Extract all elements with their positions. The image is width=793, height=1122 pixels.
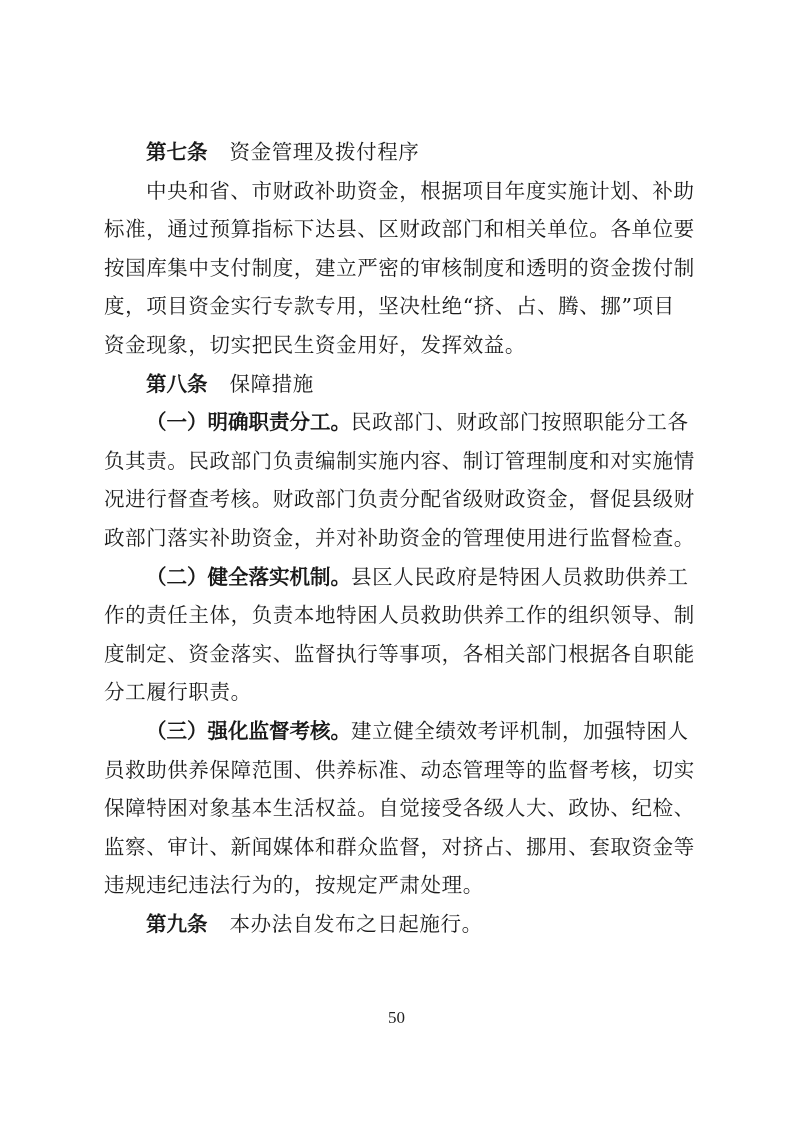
item-1-lead: （一）明确职责分工。 (146, 410, 351, 434)
item-2-lead: （二）健全落实机制。 (146, 565, 351, 589)
item-1-line: 政部门落实补助资金，并对补助资金的管理使用进行监督检查。 (104, 519, 694, 558)
article-7-line: 资金现象，切实把民生资金用好，发挥效益。 (104, 326, 694, 365)
article-7-number: 第七条 (146, 140, 208, 164)
item-2-line: 作的责任主体，负责本地特困人员救助供养工作的组织领导、制 (104, 596, 694, 635)
article-9-title: 本办法自发布之日起施行。 (230, 912, 483, 936)
article-7-heading: 第七条资金管理及拨付程序 (104, 133, 694, 172)
article-9-heading: 第九条本办法自发布之日起施行。 (104, 905, 694, 944)
item-2-line: 分工履行职责。 (104, 673, 694, 712)
article-9-number: 第九条 (146, 912, 208, 936)
item-2-first-line: （二）健全落实机制。县区人民政府是特困人员救助供养工 (104, 558, 694, 597)
item-3-text: 建立健全绩效考评机制，加强特困人 (351, 719, 689, 743)
item-3-line: 保障特困对象基本生活权益。自觉接受各级人大、政协、纪检、 (104, 789, 694, 828)
article-8-heading: 第八条保障措施 (104, 365, 694, 404)
page-number: 50 (0, 1008, 793, 1028)
item-3-line: 监察、审计、新闻媒体和群众监督，对挤占、挪用、套取资金等 (104, 828, 694, 867)
article-7-line: 度，项目资金实行专款专用，坚决杜绝“挤、占、腾、挪”项目 (104, 287, 694, 326)
article-8-title: 保障措施 (230, 372, 314, 396)
item-3-first-line: （三）强化监督考核。建立健全绩效考评机制，加强特困人 (104, 712, 694, 751)
article-7-title: 资金管理及拨付程序 (230, 140, 420, 164)
item-2-text: 县区人民政府是特困人员救助供养工 (351, 565, 689, 589)
article-7-line: 按国库集中支付制度，建立严密的审核制度和透明的资金拨付制 (104, 249, 694, 288)
item-3-lead: （三）强化监督考核。 (146, 719, 351, 743)
item-1-first-line: （一）明确职责分工。民政部门、财政部门按照职能分工各 (104, 403, 694, 442)
document-body: 第七条资金管理及拨付程序 中央和省、市财政补助资金，根据项目年度实施计划、补助 … (104, 133, 694, 943)
article-8-number: 第八条 (146, 372, 208, 396)
item-1-line: 况进行督查考核。财政部门负责分配省级财政资金，督促县级财 (104, 480, 694, 519)
item-3-line: 违规违纪违法行为的，按规定严肃处理。 (104, 866, 694, 905)
article-7-line: 中央和省、市财政补助资金，根据项目年度实施计划、补助 (104, 172, 694, 211)
article-7-line: 标准，通过预算指标下达县、区财政部门和相关单位。各单位要 (104, 210, 694, 249)
item-2-line: 度制定、资金落实、监督执行等事项，各相关部门根据各自职能 (104, 635, 694, 674)
item-3-line: 员救助供养保障范围、供养标准、动态管理等的监督考核，切实 (104, 751, 694, 790)
item-1-text: 民政部门、财政部门按照职能分工各 (351, 410, 689, 434)
item-1-line: 负其责。民政部门负责编制实施内容、制订管理制度和对实施情 (104, 442, 694, 481)
